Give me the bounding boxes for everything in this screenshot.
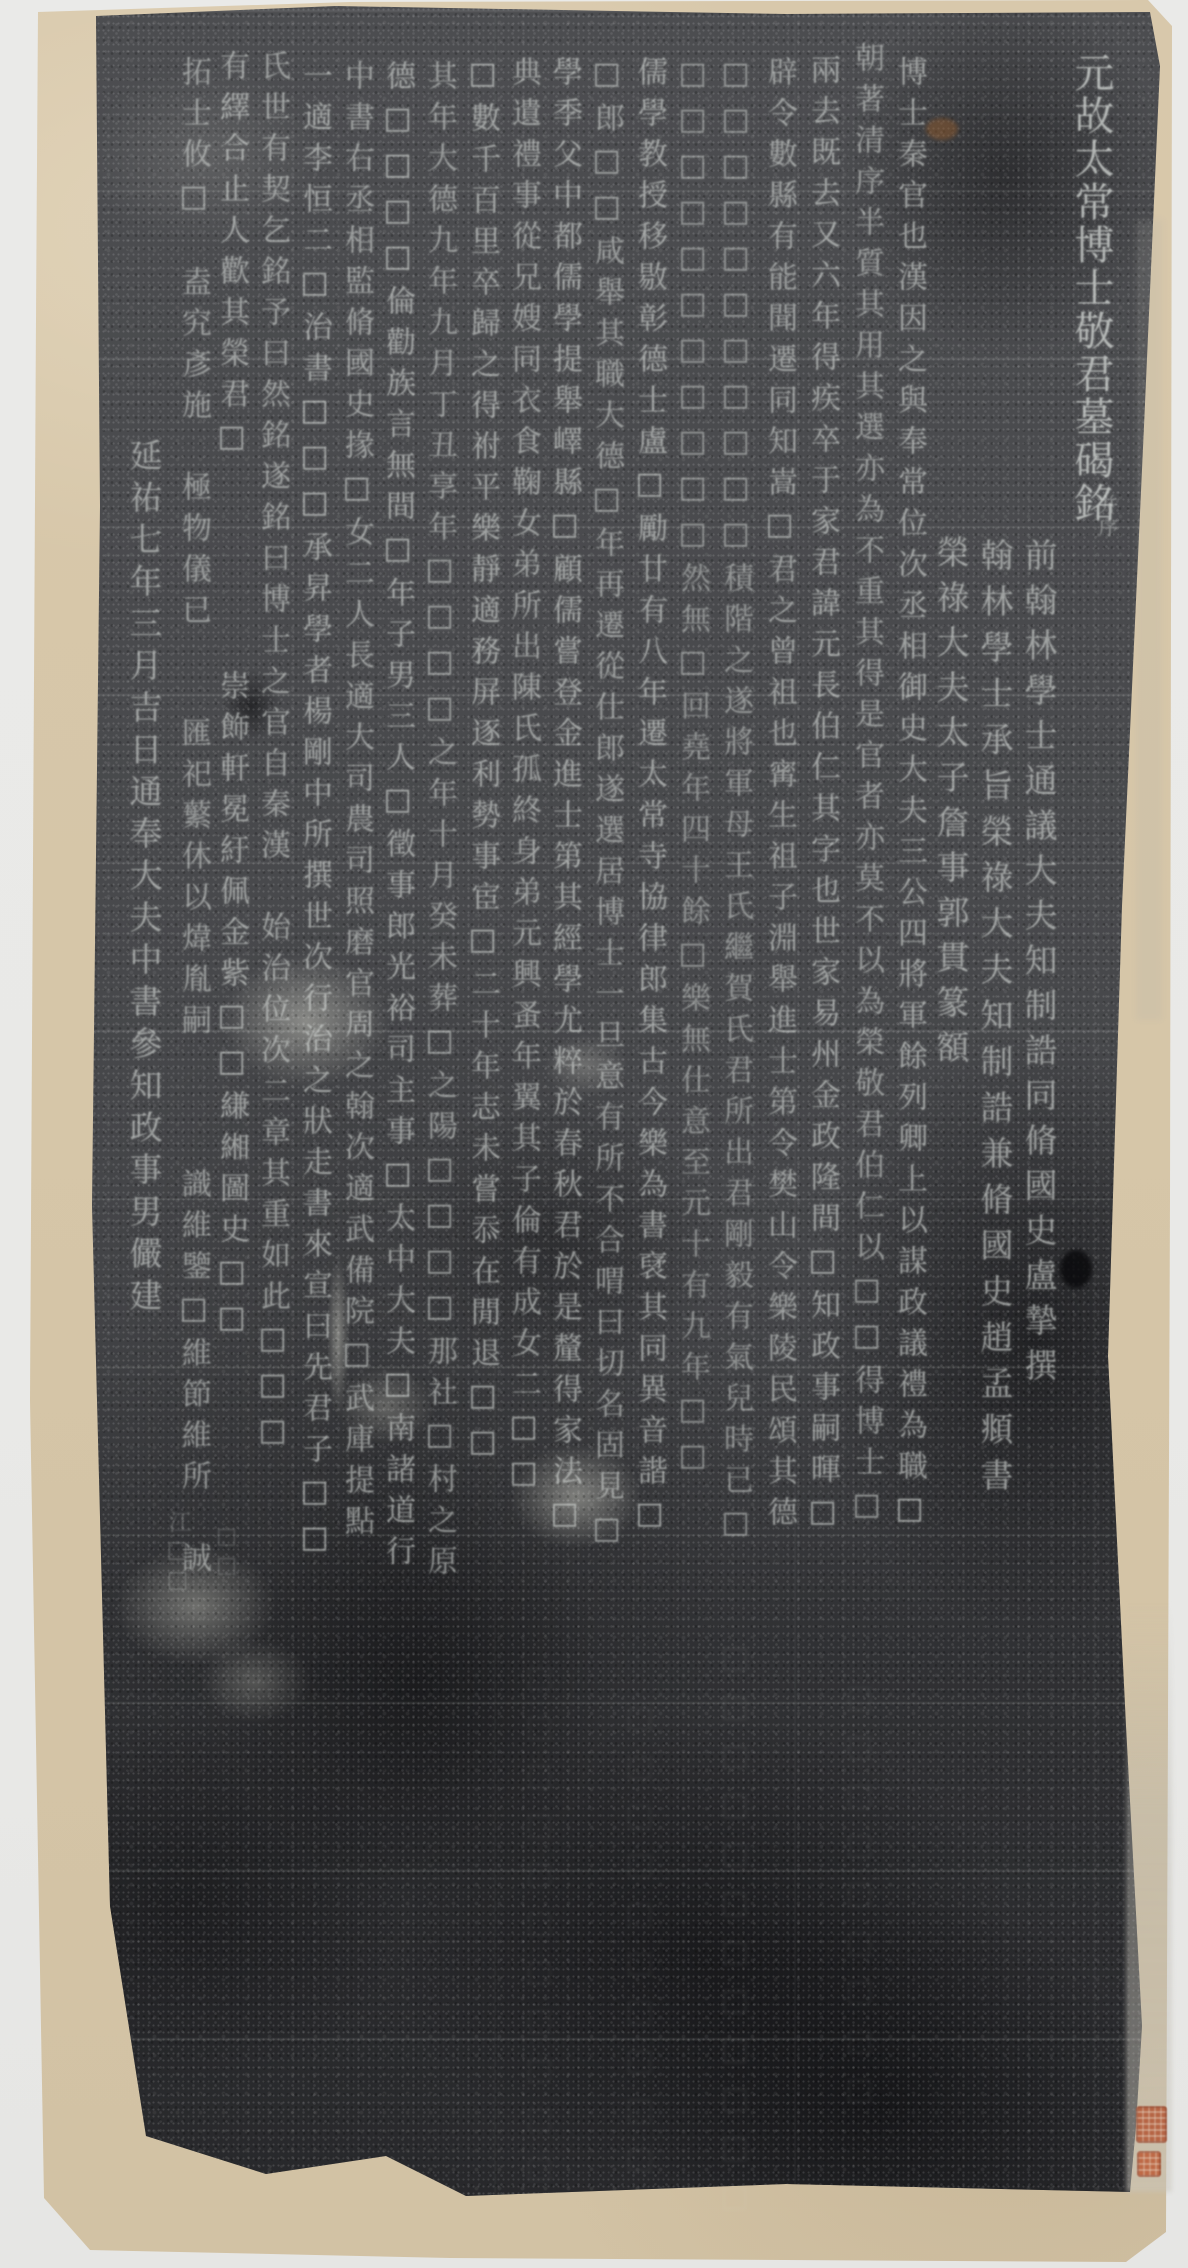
ghost-column: □□□□□□□□□□□□	[717, 1640, 752, 2228]
body-column: 博士秦官也漢因之與奉常位次丞相御史大夫三公四將軍餘列卿上以謀政議禮為職□	[887, 56, 931, 1537]
verse-column: 有繹合止人歡其榮君□ 崇飾軒冕紆佩金紫□□縑緗圖史□□	[209, 50, 253, 1346]
attribution-column: 榮祿大夫太子詹事郭貫篆額	[928, 535, 975, 1075]
ghost-column: □□□□□□□□□	[842, 1680, 877, 2121]
verse-column: 拓士攸□ 盍究彥施 極物儀已 匯祀蘩休以煒胤嗣 識維鑒□維節維所 誠	[171, 56, 215, 1583]
collector-seal-large	[1136, 2106, 1167, 2143]
body-column: 兩去既去又六年得疾卒于家君諱元長伯仁其字也世家易州金政隆間□知政事嗣暉□	[800, 54, 844, 1540]
ghost-column: □□□□□□□□□□	[622, 1700, 657, 2190]
title-column: 元故太常博士敬君墓碣銘	[1063, 52, 1120, 525]
ink-blob	[1060, 1250, 1092, 1288]
body-column: 朝著清序半質其用其選亦為不重其得是官者亦莫不以為榮敬君伯仁以□□得博士□	[844, 42, 888, 1533]
body-column: 德□□□□倫勸族言無間□年子男三人□徵事郎光裕司主事□太中大夫□南諸道行	[375, 60, 419, 1576]
body-column: 辟令數縣有能聞遷同知嵩□君之曾祖也寗生祖子淵舉進士第令樊山令樂陵民頌其德	[757, 56, 801, 1537]
brown-stain	[926, 118, 958, 140]
collector-seal-small	[1137, 2151, 1161, 2177]
body-column: 一適李恒二□治書□□□承昇學者楊剛中所撰世次行治之狀走書來宣曰先君子□□	[292, 60, 336, 1566]
body-column: □郎□□咸舉其職大德□年再遷從仕郎遂選居博士一旦意有所不合喟曰切名固見□	[584, 56, 628, 1557]
text-layer: 元故太常博士敬君墓碣銘并序前翰林學士通議大夫知制誥同脩國史盧摯撰翰林學士承旨榮祿…	[0, 0, 1188, 2268]
body-column: 儒學教授移敭彰德士盧□勵廿有八年遷太常寺協律郎集古今樂為書裦其同異音諧□	[627, 56, 671, 1542]
scan-page: 元故太常博士敬君墓碣銘并序前翰林學士通議大夫知制誥同脩國史盧摯撰翰林學士承旨榮祿…	[0, 0, 1188, 2268]
body-column: □數千百里卒歸之得祔平樂靜適務屏逐利勢事宦□二十年志未嘗忝在閒退□□	[460, 56, 504, 1470]
body-column: □□□□□□□□□□□積階之遂將軍母王氏繼賀氏君所出君剛毅有氣兒時已□	[713, 56, 757, 1551]
ghost-column: □□□□□□□□□□□	[522, 1660, 557, 2199]
verse-column: 氏世有契乞銘予曰然銘遂銘曰博士之官自秦漢 始治位次二章其重如此□□□	[250, 50, 294, 1459]
body-column: 其年大德九年九月丁丑享年□□□□之年十月癸未葬□之陽□□□□那社□村之原	[417, 60, 461, 1586]
faint-colophon: 江□□	[162, 1510, 195, 1597]
faint-colophon: □□	[214, 1524, 239, 1582]
subtitle-column: 并序	[1093, 494, 1122, 540]
body-column: □□□□□□□□□□□然無□回堯年四十餘□樂無仕意至元十有九年□□	[670, 56, 714, 1484]
date-column: 延祐七年三月吉日通奉大夫中書參知政事男儼建	[121, 438, 168, 1320]
attribution-column: 翰林學士承旨榮祿大夫知制誥兼脩國史趙孟頫書	[972, 538, 1019, 1504]
attribution-column: 前翰林學士通議大夫知制誥同脩國史盧摯撰	[1016, 538, 1063, 1393]
body-column: 中書右丞相監脩國史掾□女二人長適大司農司照磨官周之翰次適武備院□武庫提點	[334, 60, 378, 1546]
body-column: 典遺禮事從兄嫂同衣食鞠女弟所出陳氏孤終身弟元興蚤年翼其子倫有成女二□□	[501, 56, 545, 1501]
body-column: 學季父中都儒學提舉嶧縣□顧儒嘗登金進士第其經學尤粹於春秋君於是釐得家法□	[542, 56, 586, 1542]
